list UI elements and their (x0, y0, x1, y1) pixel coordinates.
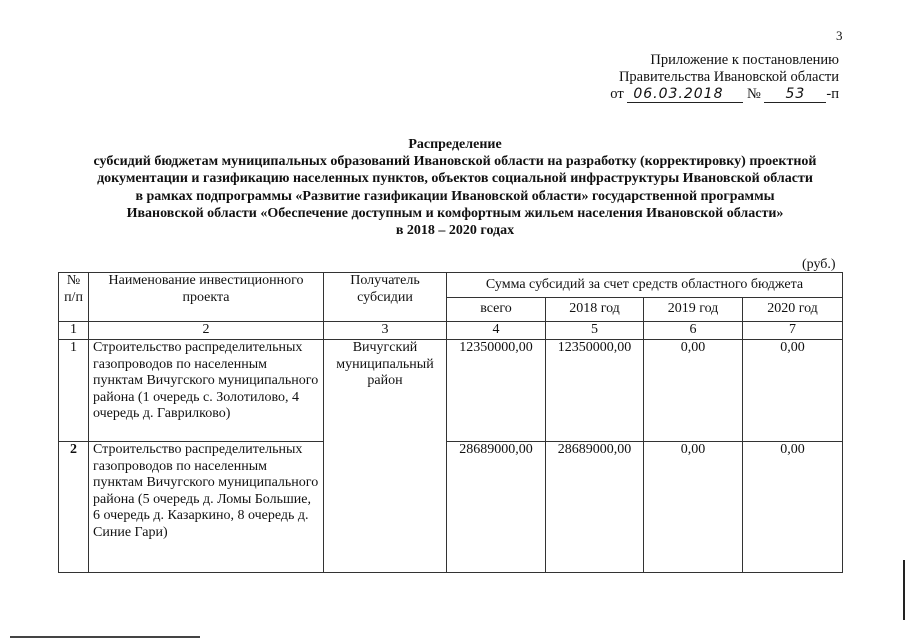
row-num: 2 (59, 442, 89, 573)
document-title: Распределение субсидий бюджетам муниципа… (20, 136, 890, 239)
header-2019: 2019 год (644, 298, 743, 322)
header-2018: 2018 год (546, 298, 644, 322)
col-number-2: 2 (89, 322, 324, 340)
row-2020: 0,00 (743, 442, 843, 573)
header-2020: 2020 год (743, 298, 843, 322)
row-2019: 0,00 (644, 442, 743, 573)
col-number-3: 3 (324, 322, 447, 340)
header-project: Наименование инвестиционного проекта (89, 273, 324, 322)
row-2018: 12350000,00 (546, 340, 644, 442)
table-row: 2 Строительство распределительных газопр… (59, 442, 843, 573)
scan-edge-line (10, 636, 200, 638)
title-line-5: Ивановской области «Обеспечение доступны… (20, 205, 890, 222)
table-row: 1 Строительство распределительных газопр… (59, 340, 843, 442)
col-number-1: 1 (59, 322, 89, 340)
row-project: Строительство распределительных газопров… (89, 442, 324, 573)
col-number-4: 4 (447, 322, 546, 340)
col-number-5: 5 (546, 322, 644, 340)
number-suffix: -п (826, 86, 839, 102)
number-prefix: № (747, 86, 761, 102)
handwritten-number: 53 (764, 87, 826, 103)
title-line-3: документации и газификацию населенных пу… (20, 170, 890, 187)
row-recipient: Вичугский муниципальный район (324, 340, 447, 573)
col-number-6: 6 (644, 322, 743, 340)
header-sum-group: Сумма субсидий за счет средств областног… (447, 273, 843, 298)
title-line-1: Распределение (20, 136, 890, 153)
appendix-date-line: от 06.03.2018 № 53-п (610, 86, 839, 103)
title-line-4: в рамках подпрограммы «Развитие газифика… (20, 188, 890, 205)
row-2018: 28689000,00 (546, 442, 644, 573)
appendix-line-2: Правительства Ивановской области (610, 69, 839, 86)
row-total: 28689000,00 (447, 442, 546, 573)
handwritten-date: 06.03.2018 (627, 87, 743, 103)
title-line-2: субсидий бюджетам муниципальных образова… (20, 153, 890, 170)
subsidy-table: № п/п Наименование инвестиционного проек… (58, 272, 843, 573)
header-recipient: Получатель субсидии (324, 273, 447, 322)
header-num: № п/п (59, 273, 89, 322)
currency-unit: (руб.) (802, 257, 836, 273)
date-prefix: от (610, 86, 623, 102)
row-num: 1 (59, 340, 89, 442)
title-line-6: в 2018 – 2020 годах (20, 222, 890, 239)
row-project: Строительство распределительных газопров… (89, 340, 324, 442)
header-total: всего (447, 298, 546, 322)
col-number-7: 7 (743, 322, 843, 340)
row-2019: 0,00 (644, 340, 743, 442)
appendix-header: Приложение к постановлению Правительства… (610, 52, 839, 103)
row-total: 12350000,00 (447, 340, 546, 442)
row-2020: 0,00 (743, 340, 843, 442)
appendix-line-1: Приложение к постановлению (610, 52, 839, 69)
page-number: 3 (836, 28, 843, 44)
